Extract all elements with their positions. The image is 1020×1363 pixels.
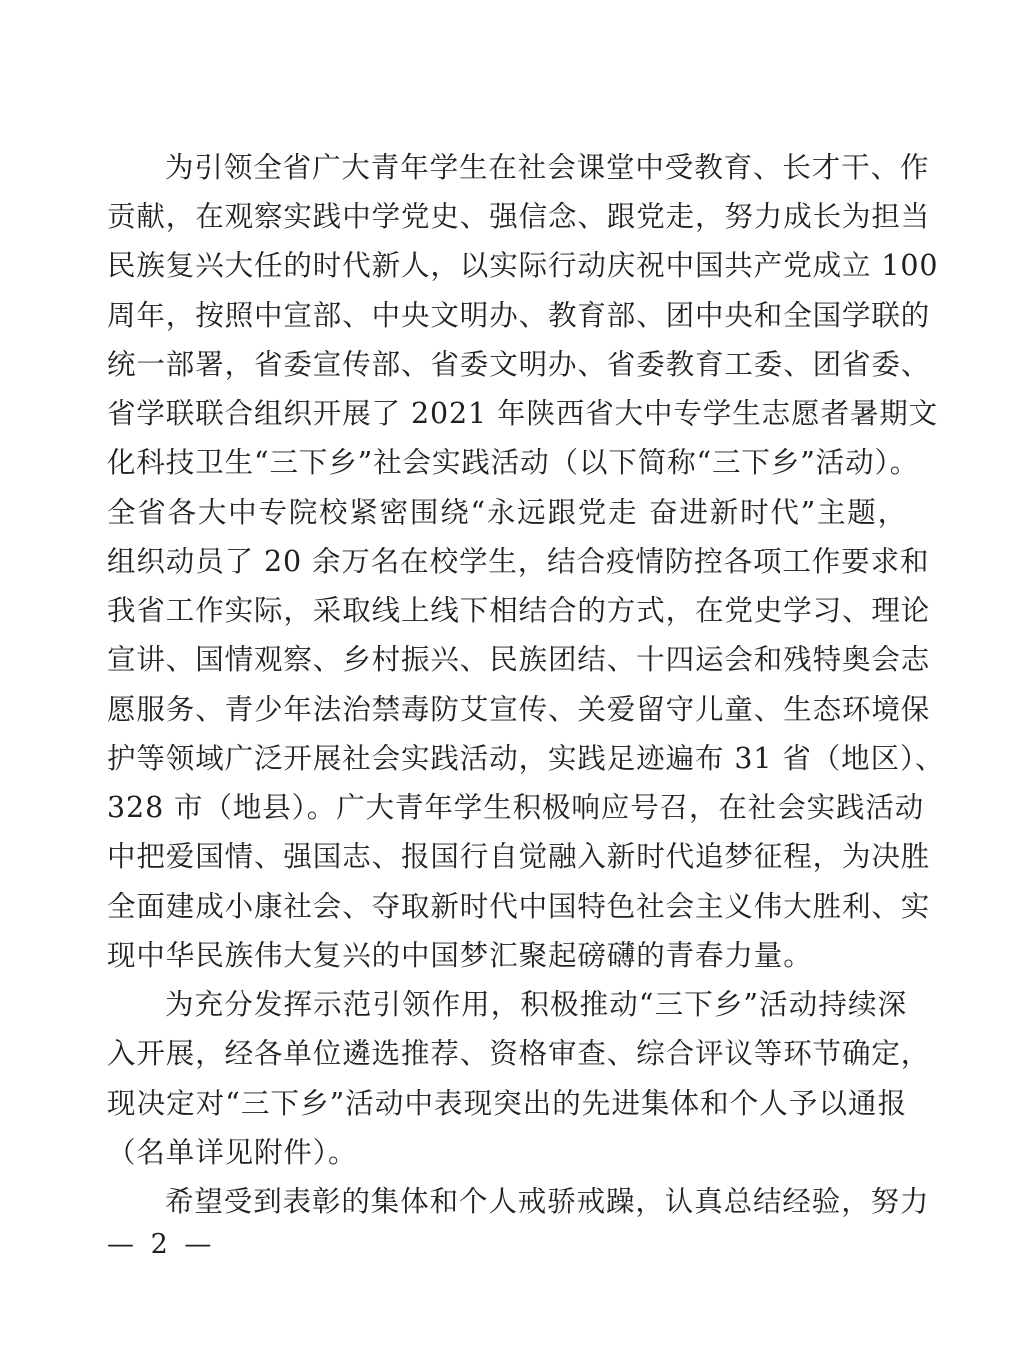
text-line: 现中华民族伟大复兴的中国梦汇聚起磅礴的青春力量。	[107, 929, 907, 983]
text-line: 现决定对“三下乡”活动中表现突出的先进集体和个人予以通报	[107, 1077, 907, 1131]
text-line: 贡献，在观察实践中学党史、强信念、跟党走，努力成长为担当	[107, 190, 907, 244]
document-page: 为引领全省广大青年学生在社会课堂中受教育、长才干、作 贡献，在观察实践中学党史、…	[0, 0, 1020, 1363]
text-line: 为引领全省广大青年学生在社会课堂中受教育、长才干、作	[165, 141, 907, 195]
text-line: 为充分发挥示范引领作用，积极推动“三下乡”活动持续深	[165, 978, 907, 1032]
text-line: 宣讲、国情观察、乡村振兴、民族团结、十四运会和残特奥会志	[107, 633, 907, 687]
text-line: 愿服务、青少年法治禁毒防艾宣传、关爱留守儿童、生态环境保	[107, 683, 907, 737]
text-line: 护等领域广泛开展社会实践活动，实践足迹遍布 31 省（地区）、	[107, 732, 907, 786]
text-line: 中把爱国情、强国志、报国行自觉融入新时代追梦征程，为决胜	[107, 830, 907, 884]
text-line: 周年，按照中宣部、中央文明办、教育部、团中央和全国学联的	[107, 289, 907, 343]
text-line: 328 市（地县）。广大青年学生积极响应号召，在社会实践活动	[107, 781, 907, 835]
text-line: 民族复兴大任的时代新人，以实际行动庆祝中国共产党成立 100	[107, 239, 907, 293]
text-line: 组织动员了 20 余万名在校学生，结合疫情防控各项工作要求和	[107, 535, 907, 589]
text-line: （名单详见附件）。	[107, 1126, 907, 1180]
text-line: 入开展，经各单位遴选推荐、资格审查、综合评议等环节确定，	[107, 1027, 907, 1081]
text-line: 全省各大中专院校紧密围绕“永远跟党走 奋进新时代”主题，	[107, 486, 907, 540]
text-line: 希望受到表彰的集体和个人戒骄戒躁，认真总结经验，努力	[165, 1175, 907, 1229]
text-line: 我省工作实际，采取线上线下相结合的方式，在党史学习、理论	[107, 584, 907, 638]
text-line: 统一部署，省委宣传部、省委文明办、省委教育工委、团省委、	[107, 338, 907, 392]
text-line: 全面建成小康社会、夺取新时代中国特色社会主义伟大胜利、实	[107, 880, 907, 934]
page-number: — 2 —	[107, 1228, 215, 1262]
text-line: 省学联联合组织开展了 2021 年陕西省大中专学生志愿者暑期文	[107, 387, 907, 441]
text-line: 化科技卫生“三下乡”社会实践活动（以下简称“三下乡”活动）。	[107, 436, 907, 490]
